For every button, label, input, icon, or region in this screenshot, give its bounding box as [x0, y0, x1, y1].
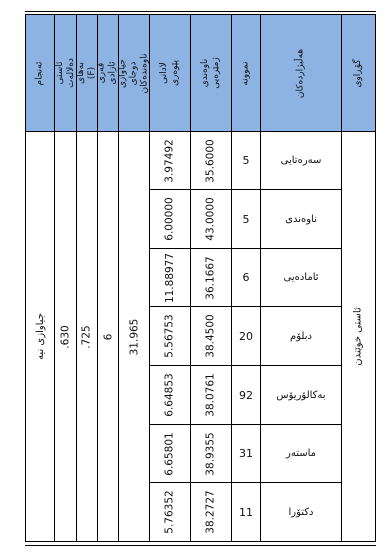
table-row-5-sample: 31 [232, 425, 261, 483]
table-row-5-mean: 38.9355 [191, 425, 232, 483]
table-top-rule [25, 11, 376, 12]
header-std-dev: لادانی پێوەری [150, 15, 191, 132]
table-row-6-mean: 38.2727 [191, 483, 232, 542]
table-row-3-std-dev: 5.56753 [150, 307, 191, 366]
header-sample: نموونە [232, 15, 261, 132]
table-row-4-std-dev: 6.64853 [150, 366, 191, 425]
table-row-3-level: دبلۆم [261, 307, 342, 366]
table-row-2-std-dev: 11.88977 [150, 249, 191, 307]
table-row-6-std-dev: 5.76352 [150, 483, 191, 542]
table-row-2-mean: 36.1667 [191, 249, 232, 307]
table-row-0-std-dev: 3.97492 [150, 132, 191, 190]
header-mean: ناوەندی ژمێرەیی [191, 15, 232, 132]
header-result: ئەنجام [25, 15, 55, 132]
table-row-1-std-dev: 6.00000 [150, 190, 191, 249]
significance-cell: .630 [55, 132, 77, 542]
between-groups-cell: 31.965 [119, 132, 150, 542]
header-between-groups: جیاوازی دوجای ناوەندەکان [119, 15, 150, 132]
df-cell: 6 [98, 132, 119, 542]
table-row-0-sample: 5 [232, 132, 261, 190]
variable-cell: ئاستی خوێندن [342, 132, 376, 542]
header-f-value: بەهای (F) [77, 15, 98, 132]
header-significance: ئاستی دەلالەت [55, 15, 77, 132]
table-row-6-level: دکتۆرا [261, 483, 342, 542]
result-cell: جیاوازی نیە [25, 132, 55, 542]
table-row-1-level: ناوەندی [261, 190, 342, 249]
table-row-0-mean: 35.6000 [191, 132, 232, 190]
table-row-1-sample: 5 [232, 190, 261, 249]
table-bottom-rule [25, 545, 376, 546]
table-row-6-sample: 11 [232, 483, 261, 542]
table-row-2-sample: 6 [232, 249, 261, 307]
table-row-4-sample: 92 [232, 366, 261, 425]
table-row-1-mean: 43.0000 [191, 190, 232, 249]
table-row-4-level: بەکالۆریۆس [261, 366, 342, 425]
table-row-2-level: ئامادەیی [261, 249, 342, 307]
table-row-3-sample: 20 [232, 307, 261, 366]
table-row-3-mean: 38.4500 [191, 307, 232, 366]
table-row-5-level: ماستەر [261, 425, 342, 483]
header-variable: گۆڕاوی [342, 15, 376, 132]
table-row-0-level: سەرەتایی [261, 132, 342, 190]
table-row-4-mean: 38.0761 [191, 366, 232, 425]
header-df: قەری ئازادی [98, 15, 119, 132]
header-levels: هەڵبژاردەکان [261, 15, 342, 132]
f-value-cell: .725 [77, 132, 98, 542]
table-row-5-std-dev: 6.65801 [150, 425, 191, 483]
